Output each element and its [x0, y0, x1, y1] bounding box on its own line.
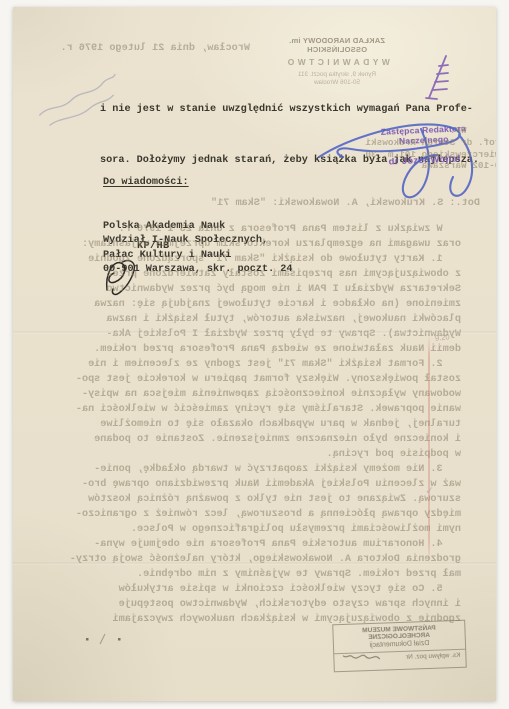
- bleedthrough-body-line: waż w zleceniu Polskiej Akademii Nauk pr…: [58, 477, 461, 492]
- paper-sheet: Wrocław, dnia 21 lutego 1976 r. ZAKŁAD N…: [13, 7, 496, 701]
- bleedthrough-body-line: nymi możliwościami przemysłu poligraficz…: [58, 522, 461, 537]
- bleedthrough-body-line: i innych spraw czysto edytorskich, Wydaw…: [58, 597, 461, 612]
- scanned-letter: Wrocław, dnia 21 lutego 1976 r. ZAKŁAD N…: [0, 0, 509, 709]
- bleedthrough-body-line: został powiększony. Większy format papie…: [58, 372, 461, 387]
- bleedthrough-body-line: 3. Nie możemy książki zaopatrzyć w tward…: [58, 462, 461, 477]
- bleedthrough-body-line: w podpisie pod ryciną.: [58, 447, 461, 462]
- bleedthrough-addressee-line: Prof. dr Stefan Krukowski: [300, 137, 496, 149]
- bleedthrough-body-line: placówki naukowej, nazwiska autorów, tyt…: [58, 312, 461, 327]
- bleedthrough-body-line: między oprawą płócienną a broszurową, le…: [58, 507, 461, 522]
- bleedthrough-body-line: Wydawnictwa). Sprawy te były przez Wydzi…: [58, 327, 461, 342]
- bleedthrough-date: Wrocław, dnia 21 lutego 1976 r.: [52, 43, 250, 54]
- red-crease-line: [428, 334, 430, 564]
- letterhead-line: WYDAWNICTWO: [260, 57, 414, 67]
- bleedthrough-body-line: wanie poprawek. Staraliśmy się ryciny za…: [58, 402, 461, 417]
- bleedthrough-body-line: z obowiązującymi nas przepisami zostały …: [58, 267, 461, 282]
- bleedthrough-addressee-line: WP.: [300, 125, 496, 137]
- cc-heading: Do wiadomości:: [103, 176, 293, 191]
- bleedthrough-body-line: 1. Karty tytułowe do książki "Skam 71" s…: [58, 252, 461, 267]
- bleedthrough-body-line: szurową. Związane to jest nie tylko z po…: [58, 492, 461, 507]
- pencil-note: 9.20: [435, 332, 450, 342]
- bleedthrough-addressee: WP.Prof. dr Stefan KrukowskiŚwierczewski…: [300, 125, 496, 172]
- handwritten-entry-icon: [340, 650, 382, 665]
- bleedthrough-body-line: W związku z listem Pana Profesora z dnia…: [58, 222, 461, 237]
- bleedthrough-body-line: oraz uwagami na egzemplarzu korektorskim…: [58, 237, 461, 252]
- bleedthrough-body-line: zmienione (na okładce i karcie tytułowej…: [58, 297, 461, 312]
- bleedthrough-re-line: Dot.: S. Krukowski, A. Nowakowski: "Skam…: [150, 198, 480, 209]
- bleedthrough-body: W związku z listem Pana Profesora z dnia…: [58, 222, 461, 627]
- bleedthrough-body-line: i konieczne było nieznaczne zmniejszenie…: [58, 432, 461, 447]
- bleedthrough-body-line: wodowany wyłącznie koniecznością zapewni…: [58, 387, 461, 402]
- letterhead-line: ZAKŁAD NARODOWY im. OSSOLIŃSKICH: [260, 36, 414, 54]
- bleedthrough-body-line: 5. Co się tyczy wielkości czcionki w spi…: [58, 582, 461, 597]
- bleedthrough-addressee-line: 00-102 Warszawa: [300, 160, 496, 172]
- bleedthrough-body-line: turalnej, jednak w paru wypadkach okazał…: [58, 417, 461, 432]
- fold-crease: [13, 331, 496, 334]
- bleedthrough-body-line: 4. Honorarium autorskie Pana Profesora n…: [58, 537, 461, 552]
- archive-stamp-entry-row: Ks. wpływu poz. Nr: [334, 649, 465, 664]
- ink-dots-mark-icon: [85, 631, 125, 647]
- bleedthrough-body-line: 2. Format książki "Skam 71" jest zgodny …: [58, 357, 461, 372]
- bleedthrough-body-line: mał przed rokiem. Sprawy te wyjaśnimy z …: [58, 567, 461, 582]
- fold-crease: [13, 562, 496, 565]
- bleedthrough-addressee-line: Świerczewskiego 101 m. 30: [300, 149, 496, 161]
- check-mark: ✓: [425, 484, 434, 497]
- bleedthrough-body-line: Sekretarza Wydziału I PAN i nie mogą być…: [58, 282, 461, 297]
- archive-intake-stamp: PAŃSTWOWE MUZEUM ARCHEOLOGICZNE Dział Do…: [332, 620, 467, 673]
- archive-stamp-line: Ks. wpływu poz. Nr: [406, 652, 461, 661]
- bleedthrough-body-line: demii Nauk załatwione ze wiedzą Pana Pro…: [58, 342, 461, 357]
